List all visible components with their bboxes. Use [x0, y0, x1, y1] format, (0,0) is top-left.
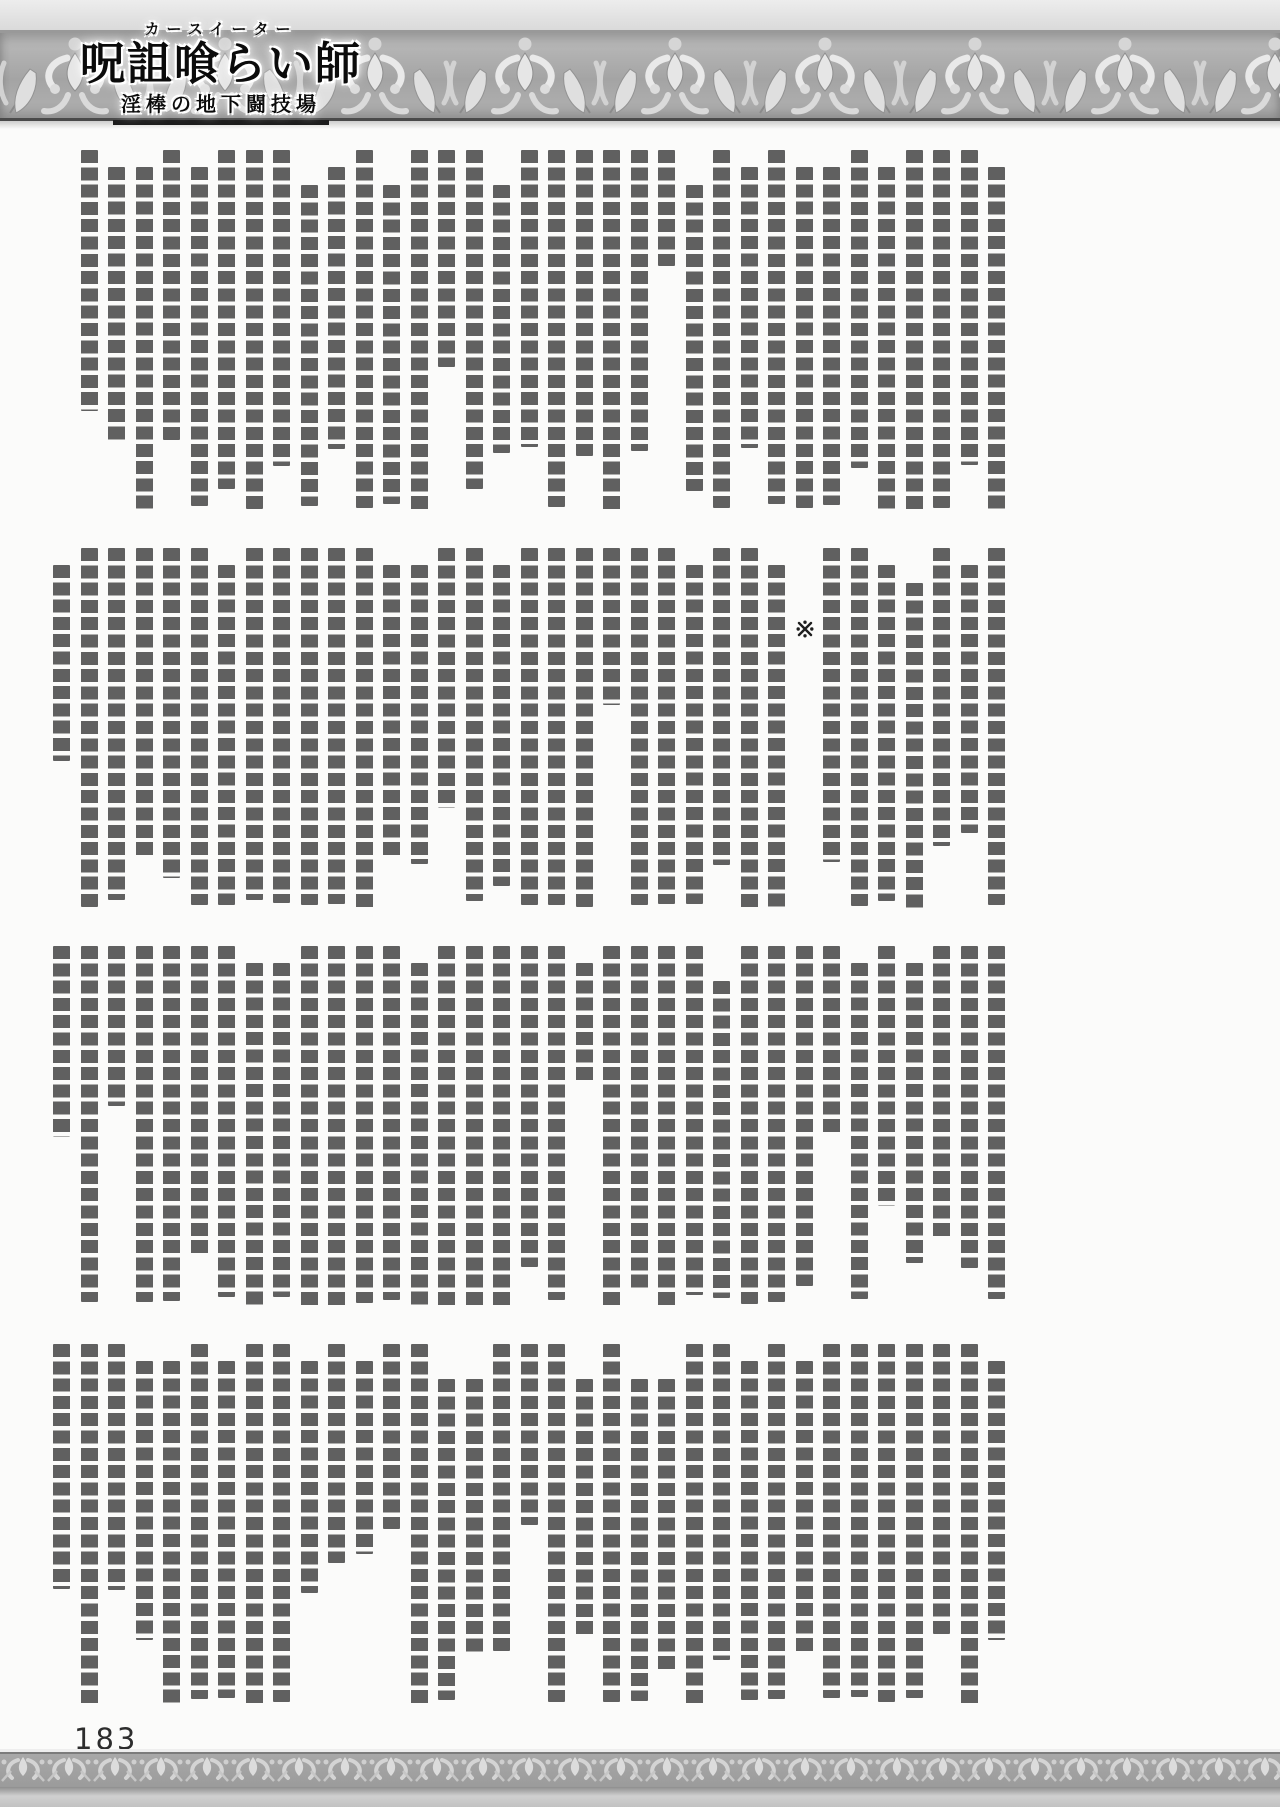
leaf-scroll-ornament-icon — [368, 1754, 414, 1787]
leaf-scroll-ornament-icon — [1150, 1754, 1196, 1787]
leaf-scroll-ornament-icon — [184, 1754, 230, 1787]
redacted-text-column — [576, 963, 593, 1082]
redacted-text-column — [631, 946, 648, 1291]
redacted-text-column — [301, 548, 318, 905]
redacted-text-column — [823, 548, 840, 862]
redacted-text-column — [823, 946, 840, 1136]
redacted-text-column — [191, 548, 208, 905]
redacted-text-column — [356, 548, 373, 908]
redacted-text-column — [246, 963, 263, 1306]
redacted-text-column — [796, 1361, 813, 1652]
redacted-text-column — [438, 946, 455, 1306]
redacted-text-column — [686, 565, 703, 904]
redacted-text-column — [411, 150, 428, 513]
redacted-text-column — [411, 963, 428, 1307]
leaf-scroll-ornament-icon — [138, 1754, 184, 1787]
redacted-text-column — [933, 150, 950, 508]
redacted-text-column — [988, 1361, 1005, 1640]
redacted-text-column — [108, 946, 125, 1106]
redacted-text-column — [576, 1379, 593, 1637]
redacted-text-column — [383, 946, 400, 1300]
redacted-text-column — [218, 946, 235, 1297]
leaf-scroll-ornament-icon — [1012, 1754, 1058, 1787]
redacted-text-column — [686, 185, 703, 491]
redacted-text-column — [466, 548, 483, 901]
redacted-text-column — [796, 946, 813, 1286]
redacted-text-column — [686, 946, 703, 1295]
redacted-text-column — [53, 1344, 70, 1589]
redacted-text-column — [411, 565, 428, 864]
redacted-text-column — [631, 548, 648, 905]
redacted-text-column — [493, 565, 510, 886]
leaf-scroll-ornament-icon — [1242, 1754, 1280, 1787]
redacted-text-column — [961, 946, 978, 1268]
redacted-text-column — [466, 946, 483, 1308]
redacted-text-column — [53, 946, 70, 1137]
redacted-text-column — [191, 1344, 208, 1699]
leaf-scroll-ornament-icon — [874, 1754, 920, 1787]
redacted-text-column — [823, 167, 840, 505]
redacted-text-column — [136, 167, 153, 509]
redacted-text-column — [933, 548, 950, 846]
redacted-text-column — [108, 548, 125, 900]
redacted-text-column — [741, 548, 758, 911]
redacted-text-column — [521, 548, 538, 905]
leaf-scroll-ornament-icon — [828, 1754, 874, 1787]
redacted-text-column — [658, 548, 675, 904]
redacted-text-column — [768, 946, 785, 1302]
redacted-text-column — [81, 150, 98, 411]
redacted-text-column — [658, 946, 675, 1309]
redacted-text-column — [548, 1344, 565, 1702]
leaf-scroll-ornament-icon — [1104, 1754, 1150, 1787]
redacted-text-column — [658, 150, 675, 266]
redacted-text-column — [356, 1361, 373, 1554]
redacted-text-column — [356, 150, 373, 508]
redacted-text-column — [356, 946, 373, 1303]
redacted-text-column — [273, 548, 290, 903]
redacted-text-column — [493, 946, 510, 1308]
redacted-text-column — [108, 1344, 125, 1590]
redacted-text-column — [906, 583, 923, 910]
redacted-text-column — [576, 150, 593, 456]
redacted-text-column — [631, 150, 648, 451]
redacted-text-column — [631, 1379, 648, 1701]
leaf-scroll-ornament-icon — [644, 1754, 690, 1787]
redacted-text-column — [466, 150, 483, 489]
redacted-text-column — [136, 1361, 153, 1640]
redacted-text-column — [768, 565, 785, 909]
redacted-text-column — [988, 548, 1005, 905]
redacted-text-column — [218, 150, 235, 489]
redacted-text-column — [521, 150, 538, 447]
redacted-text-column — [988, 167, 1005, 511]
redacted-text-column — [246, 1344, 263, 1707]
redacted-text-column — [81, 548, 98, 907]
redacted-text-column — [768, 150, 785, 504]
leaf-scroll-ornament-icon — [460, 1754, 506, 1787]
redacted-text-column — [521, 946, 538, 1267]
magazine-page: カースイーター 呪詛喰らい師 淫棒の地下闘技場 183 — [0, 0, 1280, 1807]
leaf-scroll-ornament-icon — [230, 1754, 276, 1787]
redacted-text-column — [163, 946, 180, 1301]
redacted-text-column — [411, 1344, 428, 1706]
redacted-text-column — [301, 185, 318, 506]
redacted-text-column — [961, 565, 978, 833]
redacted-text-column — [933, 1344, 950, 1634]
redacted-text-column — [906, 963, 923, 1263]
redacted-text-column — [741, 946, 758, 1304]
redacted-text-column — [906, 150, 923, 512]
redacted-text-column — [713, 150, 730, 508]
redacted-text-column — [191, 946, 208, 1254]
footer-bottom-strip — [0, 1787, 1280, 1807]
redacted-text-column — [933, 946, 950, 1240]
redacted-text-column — [438, 150, 455, 367]
redacted-text-column — [961, 150, 978, 465]
redacted-text-column — [328, 167, 345, 449]
leaf-scroll-ornament-icon — [1058, 1754, 1104, 1787]
redacted-text-column — [686, 1344, 703, 1704]
redacted-text-column — [81, 1344, 98, 1705]
redacted-text-column — [878, 1344, 895, 1702]
redacted-text-column — [466, 1379, 483, 1654]
redacted-text-column — [163, 150, 180, 440]
redacted-text-column — [988, 946, 1005, 1299]
redacted-text-column — [438, 1379, 455, 1700]
leaf-scroll-ornament-icon — [736, 1754, 782, 1787]
redacted-text-column — [273, 150, 290, 466]
redacted-text-column — [823, 1344, 840, 1698]
redacted-text-column — [301, 1361, 318, 1593]
leaf-scroll-ornament-icon — [322, 1754, 368, 1787]
redacted-text-column — [81, 946, 98, 1302]
leaf-scroll-ornament-icon — [920, 1754, 966, 1787]
redacted-text-column — [328, 946, 345, 1308]
redacted-text-column — [521, 1344, 538, 1525]
redacted-text-column — [328, 548, 345, 904]
redacted-text-column — [438, 548, 455, 808]
leaf-scroll-ornament-icon — [46, 1754, 92, 1787]
redacted-text-column — [851, 548, 868, 906]
page-number: 183 — [74, 1722, 138, 1756]
leaf-scroll-ornament-icon — [506, 1754, 552, 1787]
redacted-text-column — [218, 565, 235, 905]
leaf-scroll-ornament-icon — [414, 1754, 460, 1787]
redacted-text-column — [246, 150, 263, 509]
redacted-text-column — [878, 167, 895, 512]
redacted-text-column — [796, 167, 813, 508]
leaf-scroll-ornament-icon — [690, 1754, 736, 1787]
redacted-text-column — [548, 548, 565, 905]
redacted-text-column — [548, 946, 565, 1300]
redacted-text-column — [383, 1344, 400, 1529]
redacted-text-column — [493, 185, 510, 453]
redacted-text-column — [741, 167, 758, 448]
redacted-text-column — [246, 548, 263, 900]
leaf-scroll-ornament-icon — [782, 1754, 828, 1787]
redacted-text-column — [878, 946, 895, 1206]
redacted-text-column — [741, 1361, 758, 1700]
redacted-text-column — [851, 1344, 868, 1697]
redacted-text-column — [136, 548, 153, 857]
leaf-scroll-ornament-icon — [1196, 1754, 1242, 1787]
redacted-text-column — [383, 185, 400, 504]
redacted-text-column — [713, 981, 730, 1298]
redacted-text-column — [658, 1379, 675, 1670]
redacted-text-column — [493, 1344, 510, 1651]
leaf-scroll-ornament-icon — [598, 1754, 644, 1787]
footer-frieze-pattern — [0, 1752, 1280, 1787]
redacted-text-column — [53, 565, 70, 761]
redacted-text-column — [383, 565, 400, 857]
redacted-text-column — [163, 548, 180, 878]
redacted-text-column — [603, 946, 620, 1309]
redacted-text-column — [603, 548, 620, 705]
redacted-text-column — [768, 1344, 785, 1699]
redacted-text-column — [301, 946, 318, 1306]
redacted-text-column — [108, 167, 125, 444]
reference-mark-icon — [796, 620, 814, 638]
redacted-text-column — [713, 1344, 730, 1660]
redacted-text-column — [961, 1344, 978, 1705]
redacted-text-column — [328, 1344, 345, 1563]
leaf-scroll-ornament-icon — [0, 1754, 46, 1787]
redacted-text-column — [603, 1344, 620, 1702]
redacted-text-column — [218, 1361, 235, 1698]
redacted-text-column — [548, 150, 565, 507]
leaf-scroll-ornament-icon — [966, 1754, 1012, 1787]
leaf-scroll-ornament-icon — [92, 1754, 138, 1787]
redacted-text-column — [136, 946, 153, 1302]
leaf-scroll-ornament-icon — [276, 1754, 322, 1787]
story-text-area — [0, 0, 1280, 1807]
redacted-text-column — [906, 1344, 923, 1698]
redacted-text-column — [191, 167, 208, 506]
redacted-text-column — [878, 565, 895, 901]
redacted-text-column — [576, 548, 593, 907]
leaf-scroll-ornament-icon — [552, 1754, 598, 1787]
redacted-text-column — [713, 548, 730, 865]
footer-ornament-band — [0, 1752, 1280, 1807]
redacted-text-column — [851, 963, 868, 1299]
redacted-text-column — [851, 150, 868, 468]
redacted-text-column — [603, 150, 620, 512]
redacted-text-column — [273, 963, 290, 1297]
redacted-text-column — [273, 1344, 290, 1702]
redacted-text-column — [163, 1361, 180, 1705]
